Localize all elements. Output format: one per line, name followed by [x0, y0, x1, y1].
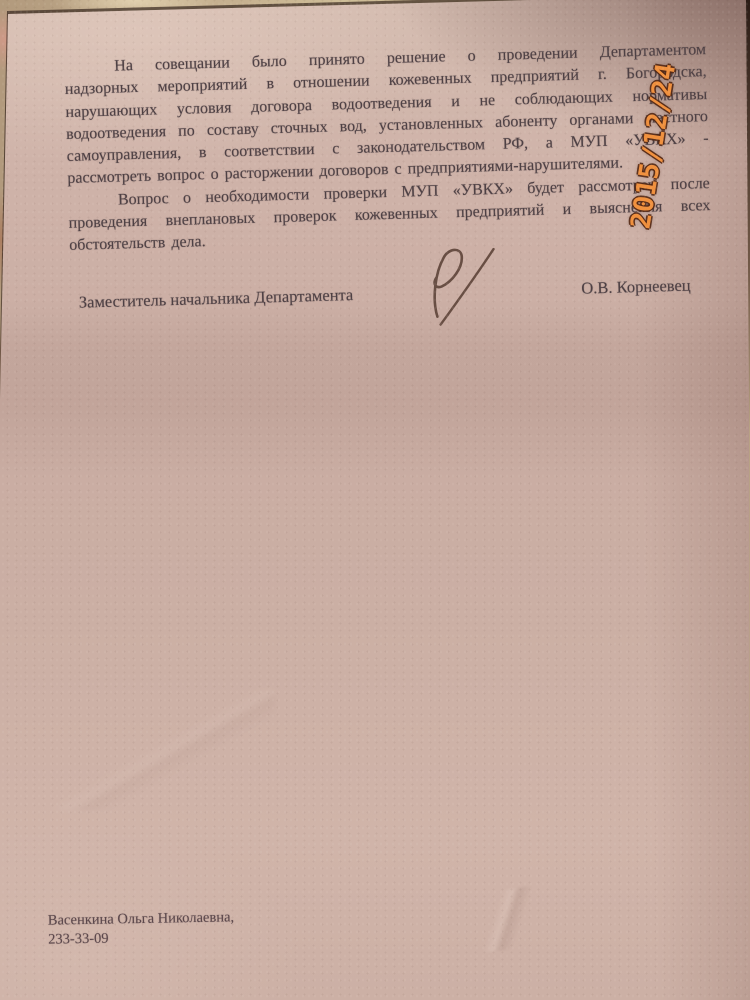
- executor-name: Васенкина Ольга Николаевна,: [48, 908, 235, 930]
- executor-phone: 233-33-09: [48, 927, 235, 949]
- executor-contact-block: Васенкина Ольга Николаевна, 233-33-09: [48, 908, 235, 948]
- handwritten-signature: [421, 243, 509, 329]
- paper-crease: [55, 690, 275, 810]
- document-text-block: На совещании было принято решение о пров…: [64, 39, 711, 258]
- paragraph-1: На совещании было принято решение о пров…: [64, 39, 709, 191]
- signer-name-label: О.В. Корнеевец: [581, 276, 691, 299]
